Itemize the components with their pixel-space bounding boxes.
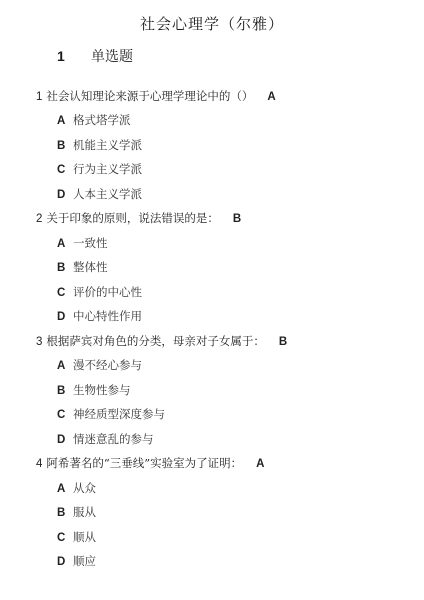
question-2: 2关于印象的原则，说法错误的是：B [36,210,241,226]
option-4a: A从众 [57,480,96,496]
question-1: 1社会认知理论来源于心理学理论中的（）A [36,88,276,104]
option-text: 服从 [73,505,96,519]
question-text: 阿希著名的“三垂线”实验室为了证明： [46,456,242,470]
option-text: 中心特性作用 [73,309,142,323]
option-1d: D人本主义学派 [57,186,142,202]
section-label: 单选题 [91,49,133,65]
option-letter: D [57,434,73,446]
option-text: 情迷意乱的参与 [73,432,154,446]
question-number: 2 [36,213,42,225]
option-text: 从众 [73,481,96,495]
option-text: 顺从 [73,530,96,544]
option-letter: D [57,189,73,201]
option-1a: A格式塔学派 [57,112,131,128]
option-letter: B [57,385,73,397]
option-letter: A [57,238,73,250]
option-2d: D中心特性作用 [57,308,142,324]
option-letter: B [57,262,73,274]
option-4d: D顺应 [57,553,96,569]
question-answer: A [267,91,275,103]
option-letter: C [57,287,73,299]
option-3a: A漫不经心参与 [57,357,142,373]
option-letter: D [57,556,73,568]
option-letter: C [57,409,73,421]
option-text: 格式塔学派 [73,113,131,127]
document-title: 社会心理学（尔雅） [0,13,424,34]
option-text: 人本主义学派 [73,187,142,201]
option-3b: B生物性参与 [57,382,131,398]
question-number: 1 [36,91,42,103]
question-text: 社会认知理论来源于心理学理论中的（） [46,89,253,103]
question-4: 4阿希著名的“三垂线”实验室为了证明：A [36,455,264,471]
option-text: 评价的中心性 [73,285,142,299]
option-4c: C顺从 [57,529,96,545]
option-2a: A一致性 [57,235,108,251]
option-text: 顺应 [73,554,96,568]
option-3c: C神经质型深度参与 [57,406,165,422]
question-answer: B [233,213,241,225]
option-letter: C [57,532,73,544]
question-number: 3 [36,336,42,348]
option-text: 漫不经心参与 [73,358,142,372]
option-text: 一致性 [73,236,108,250]
question-text: 关于印象的原则，说法错误的是： [46,211,219,225]
option-text: 神经质型深度参与 [73,407,165,421]
option-text: 行为主义学派 [73,162,142,176]
option-letter: A [57,115,73,127]
option-letter: D [57,311,73,323]
question-3: 3根据萨宾对角色的分类，母亲对子女属于：B [36,333,287,349]
option-text: 生物性参与 [73,383,131,397]
option-letter: B [57,140,73,152]
option-letter: C [57,164,73,176]
option-letter: A [57,360,73,372]
section-heading: 1单选题 [57,46,133,66]
option-letter: B [57,507,73,519]
section-number: 1 [57,48,91,64]
option-text: 整体性 [73,260,108,274]
question-answer: B [279,336,287,348]
option-1b: B机能主义学派 [57,137,142,153]
option-text: 机能主义学派 [73,138,142,152]
option-3d: D情迷意乱的参与 [57,431,154,447]
option-2b: B整体性 [57,259,108,275]
option-2c: C评价的中心性 [57,284,142,300]
option-4b: B服从 [57,504,96,520]
option-letter: A [57,483,73,495]
question-answer: A [256,458,264,470]
option-1c: C行为主义学派 [57,161,142,177]
question-text: 根据萨宾对角色的分类，母亲对子女属于： [46,334,265,348]
question-number: 4 [36,458,42,470]
